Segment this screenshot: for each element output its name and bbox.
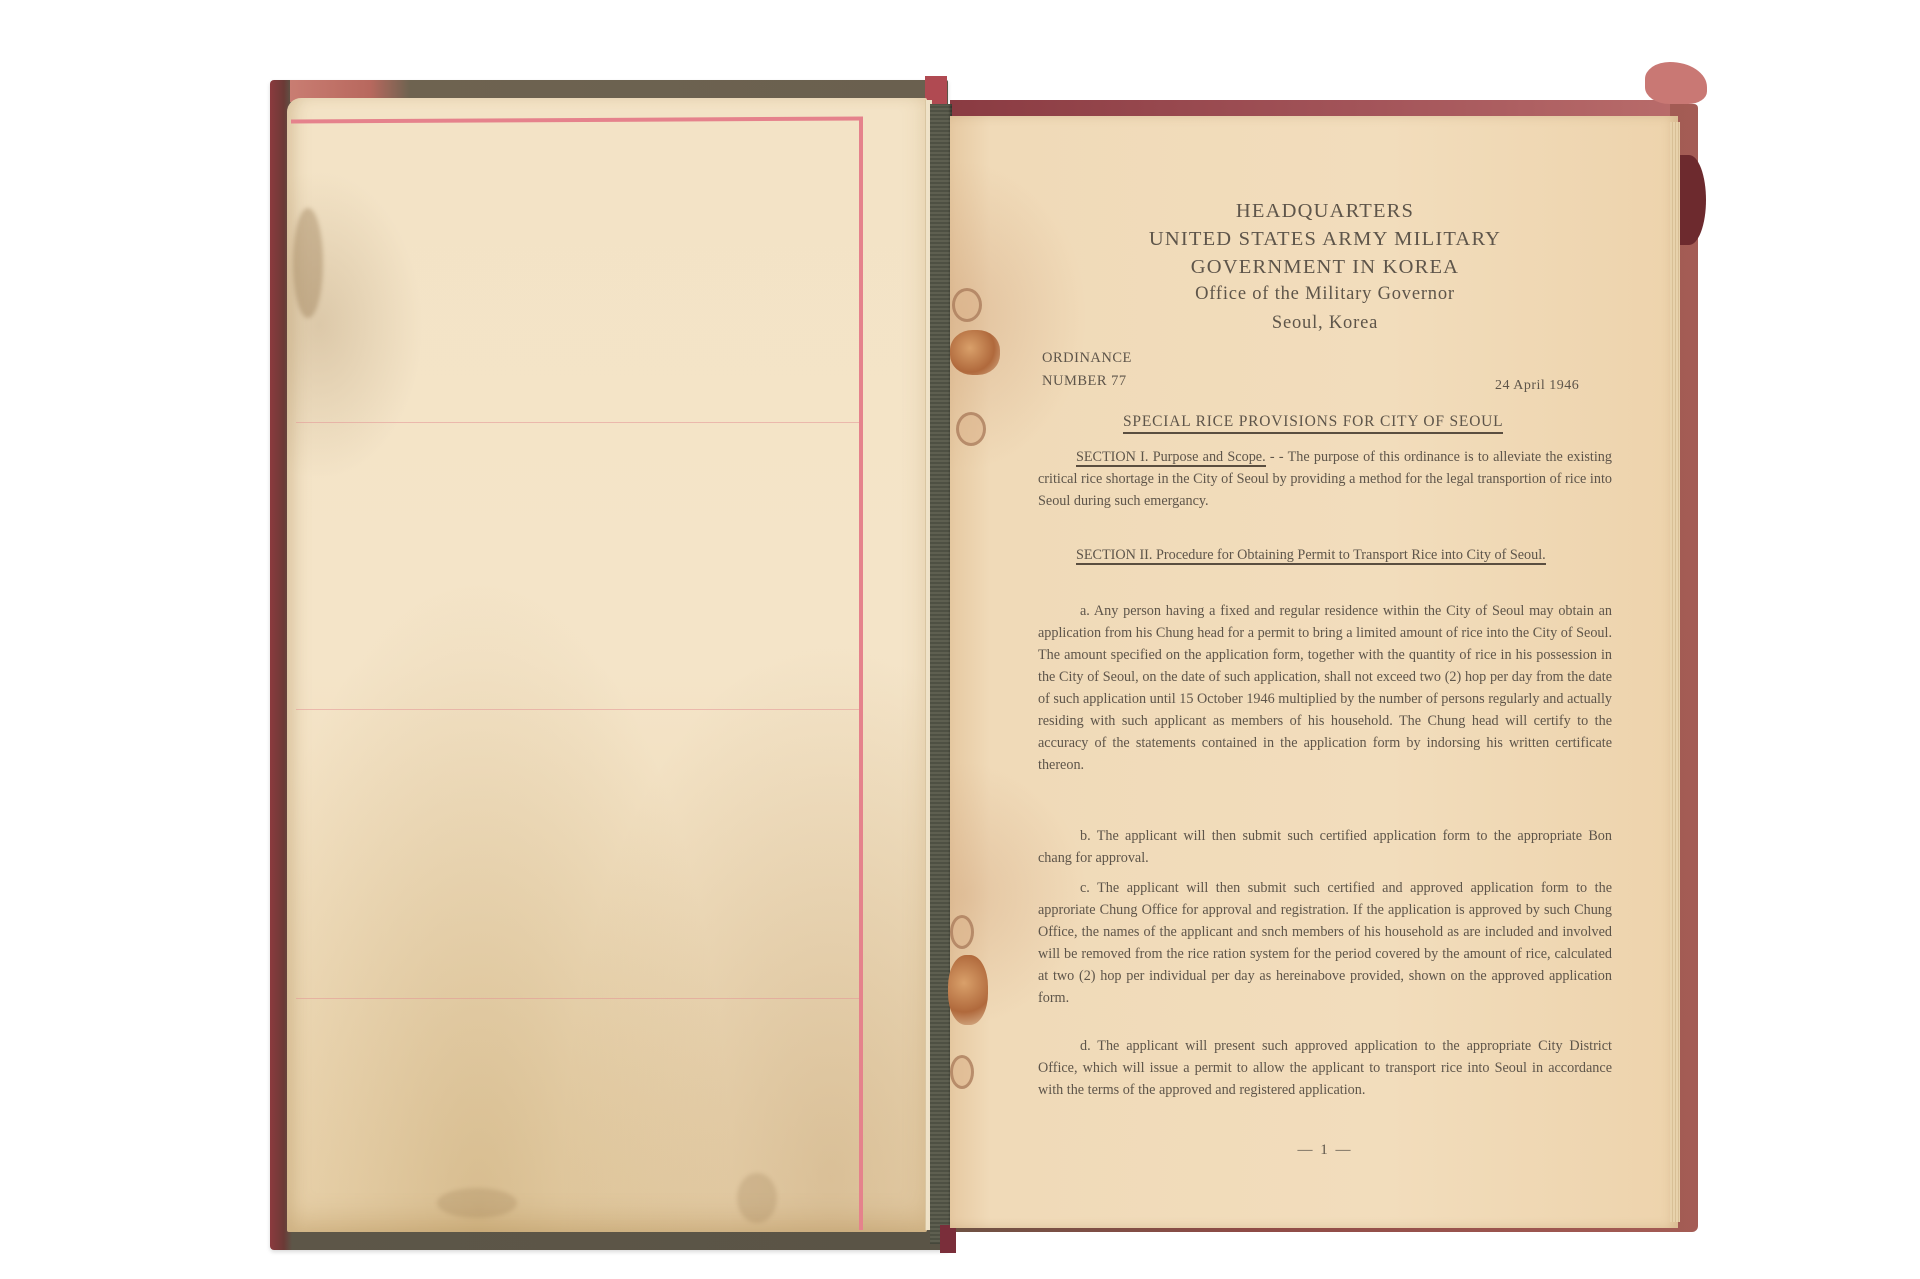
ordinance-number: NUMBER 77: [1042, 373, 1127, 390]
page-number: — 1 —: [1038, 1142, 1612, 1159]
staple-hole: [956, 412, 986, 446]
section-2: SECTION II. Procedure for Obtaining Perm…: [1038, 544, 1612, 566]
page-stack-edge: [1670, 122, 1680, 1222]
header-location: Seoul, Korea: [1038, 313, 1612, 334]
paragraph-c-label: c.: [1080, 880, 1090, 896]
left-endpaper-page: [287, 98, 927, 1232]
staple-hole: [950, 915, 974, 949]
ordinance-label: ORDINANCE: [1042, 350, 1132, 367]
paragraph-b-text: The applicant will then submit such cert…: [1038, 828, 1612, 866]
header-government-korea: GOVERNMENT IN KOREA: [1038, 256, 1612, 279]
red-margin-rule-right: [859, 120, 863, 1230]
ordinance-date: 24 April 1946: [1495, 378, 1579, 394]
header-office: Office of the Military Governor: [1038, 284, 1612, 305]
header-usamg: UNITED STATES ARMY MILITARY: [1038, 228, 1612, 251]
left-page-stain: [293, 208, 323, 318]
frayed-cloth-corner: [1645, 62, 1707, 104]
rust-stain: [948, 955, 988, 1025]
faint-ruled-line: [296, 422, 859, 423]
left-page-stain: [437, 1188, 517, 1218]
left-page-stain: [737, 1173, 777, 1223]
book-spine-gutter: [930, 104, 952, 1244]
faint-ruled-line: [296, 998, 859, 999]
paragraph-d: d. The applicant will present such appro…: [1038, 1035, 1612, 1101]
section-1-heading: SECTION I. Purpose and Scope.: [1076, 449, 1266, 467]
spine-bottom-tip: [940, 1225, 956, 1253]
faint-ruled-line: [296, 709, 859, 710]
paragraph-b-label: b.: [1080, 828, 1091, 844]
header-headquarters: HEADQUARTERS: [1038, 200, 1612, 223]
staple-hole: [952, 288, 982, 322]
paragraph-c: c. The applicant will then submit such c…: [1038, 877, 1612, 1009]
paragraph-d-text: The applicant will present such approved…: [1038, 1038, 1612, 1098]
paragraph-a-label: a.: [1080, 603, 1090, 619]
paragraph-a: a. Any person having a fixed and regular…: [1038, 600, 1612, 776]
paragraph-b: b. The applicant will then submit such c…: [1038, 825, 1612, 869]
right-cover-top-edge: [950, 100, 1670, 116]
rust-stain: [950, 330, 1000, 375]
paragraph-c-text: The applicant will then submit such cert…: [1038, 880, 1612, 1006]
section-2-heading: SECTION II. Procedure for Obtaining Perm…: [1076, 547, 1546, 565]
ordinance-title: SPECIAL RICE PROVISIONS FOR CITY OF SEOU…: [1123, 413, 1503, 434]
paragraph-d-label: d.: [1080, 1038, 1091, 1054]
paragraph-a-text: Any person having a fixed and regular re…: [1038, 603, 1612, 773]
staple-hole: [950, 1055, 974, 1089]
section-1: SECTION I. Purpose and Scope. - - The pu…: [1038, 446, 1612, 512]
